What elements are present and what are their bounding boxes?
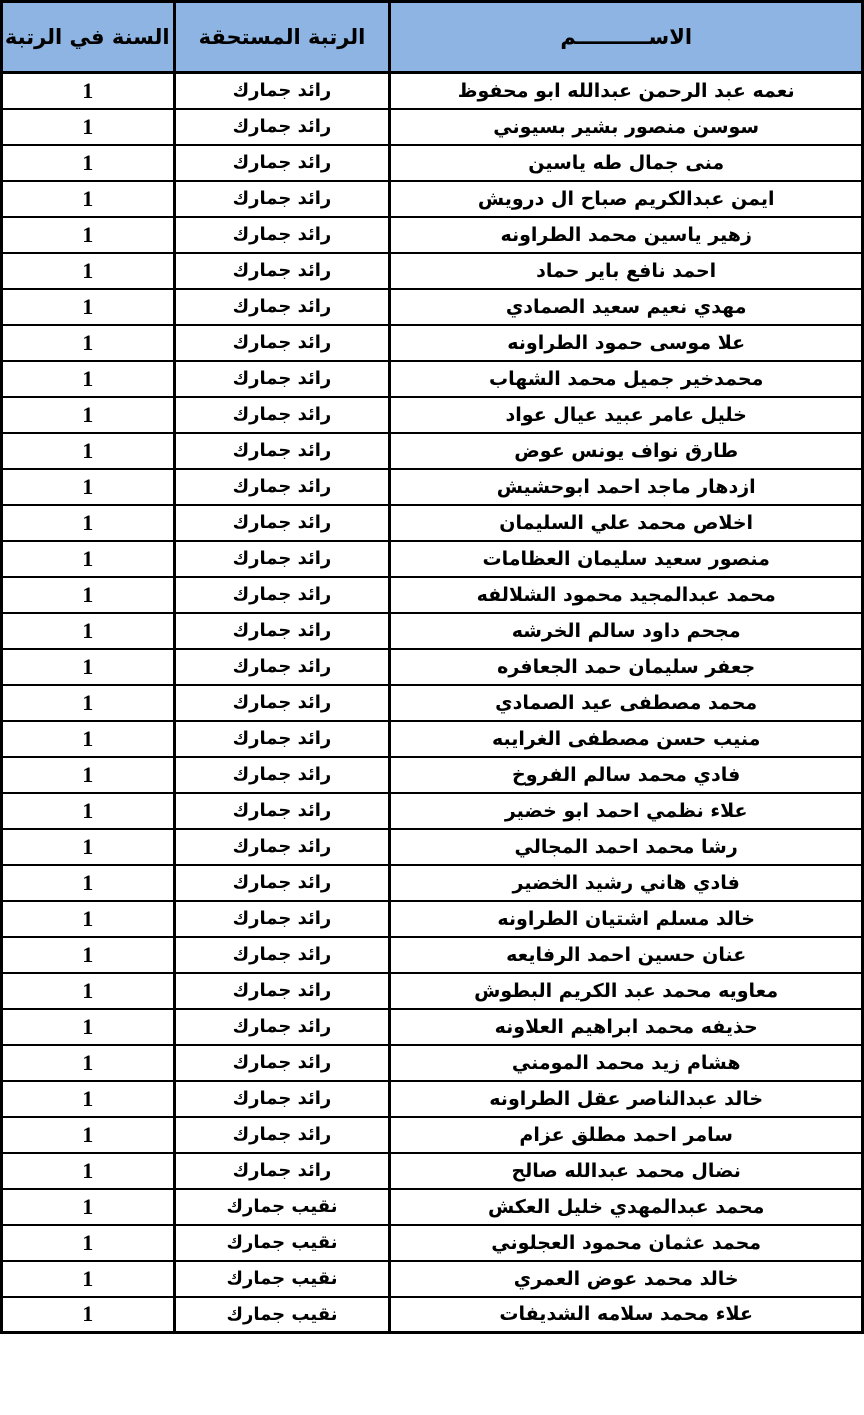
rank-cell: رائد جمارك [174, 1009, 390, 1045]
name-cell: عنان حسين احمد الرفايعه [390, 937, 863, 973]
spreadsheet-page: الاســــــــــم الرتبة المستحقة السنة في… [0, 0, 864, 1346]
table-row: اخلاص محمد علي السليمانرائد جمارك1 [2, 505, 863, 541]
table-row: نضال محمد عبدالله صالحرائد جمارك1 [2, 1153, 863, 1189]
rank-cell: رائد جمارك [174, 253, 390, 289]
rank-cell: رائد جمارك [174, 181, 390, 217]
rank-cell: رائد جمارك [174, 973, 390, 1009]
name-cell: منى جمال طه ياسين [390, 145, 863, 181]
rank-cell: رائد جمارك [174, 289, 390, 325]
name-cell: محمدخير جميل محمد الشهاب [390, 361, 863, 397]
name-cell: خالد عبدالناصر عقل الطراونه [390, 1081, 863, 1117]
name-cell: محمد مصطفى عيد الصمادي [390, 685, 863, 721]
year-cell: 1 [2, 757, 175, 793]
year-cell: 1 [2, 181, 175, 217]
table-row: فادي هاني رشيد الخضيررائد جمارك1 [2, 865, 863, 901]
year-cell: 1 [2, 109, 175, 145]
table-row: هشام زيد محمد المومنيرائد جمارك1 [2, 1045, 863, 1081]
name-cell: مهدي نعيم سعيد الصمادي [390, 289, 863, 325]
table-row: علا موسى حمود الطراونهرائد جمارك1 [2, 325, 863, 361]
table-body: نعمه عبد الرحمن عبدالله ابو محفوظرائد جم… [2, 73, 863, 1333]
name-cell: ايمن عبدالكريم صباح ال درويش [390, 181, 863, 217]
year-cell: 1 [2, 73, 175, 109]
name-cell: احمد نافع باير حماد [390, 253, 863, 289]
year-cell: 1 [2, 649, 175, 685]
rank-cell: رائد جمارك [174, 1045, 390, 1081]
name-cell: نضال محمد عبدالله صالح [390, 1153, 863, 1189]
name-cell: سوسن منصور بشير بسيوني [390, 109, 863, 145]
table-row: علاء نظمي احمد ابو خضيررائد جمارك1 [2, 793, 863, 829]
name-cell: مجحم داود سالم الخرشه [390, 613, 863, 649]
table-row: محمدخير جميل محمد الشهابرائد جمارك1 [2, 361, 863, 397]
table-row: محمد عبدالمهدي خليل العكشنقيب جمارك1 [2, 1189, 863, 1225]
table-row: عنان حسين احمد الرفايعهرائد جمارك1 [2, 937, 863, 973]
rank-cell: رائد جمارك [174, 73, 390, 109]
rank-cell: رائد جمارك [174, 217, 390, 253]
table-row: رشا محمد احمد المجاليرائد جمارك1 [2, 829, 863, 865]
rank-cell: رائد جمارك [174, 469, 390, 505]
rank-cell: رائد جمارك [174, 721, 390, 757]
table-row: جعفر سليمان حمد الجعافرهرائد جمارك1 [2, 649, 863, 685]
year-cell: 1 [2, 397, 175, 433]
name-cell: جعفر سليمان حمد الجعافره [390, 649, 863, 685]
name-cell: علاء محمد سلامه الشديفات [390, 1297, 863, 1333]
rank-cell: رائد جمارك [174, 541, 390, 577]
table-row: معاويه محمد عبد الكريم البطوشرائد جمارك1 [2, 973, 863, 1009]
table-row: سامر احمد مطلق عزامرائد جمارك1 [2, 1117, 863, 1153]
rank-cell: نقيب جمارك [174, 1297, 390, 1333]
rank-cell: رائد جمارك [174, 757, 390, 793]
rank-cell: رائد جمارك [174, 361, 390, 397]
year-cell: 1 [2, 1045, 175, 1081]
table-row: علاء محمد سلامه الشديفاتنقيب جمارك1 [2, 1297, 863, 1333]
table-row: منصور سعيد سليمان العظاماترائد جمارك1 [2, 541, 863, 577]
table-row: ازدهار ماجد احمد ابوحشيشرائد جمارك1 [2, 469, 863, 505]
rank-cell: رائد جمارك [174, 793, 390, 829]
name-cell: فادي هاني رشيد الخضير [390, 865, 863, 901]
year-cell: 1 [2, 1225, 175, 1261]
year-cell: 1 [2, 1297, 175, 1333]
table-row: احمد نافع باير حمادرائد جمارك1 [2, 253, 863, 289]
table-row: محمد مصطفى عيد الصماديرائد جمارك1 [2, 685, 863, 721]
name-cell: فادي محمد سالم الفروخ [390, 757, 863, 793]
year-cell: 1 [2, 541, 175, 577]
table-row: ايمن عبدالكريم صباح ال درويشرائد جمارك1 [2, 181, 863, 217]
year-cell: 1 [2, 469, 175, 505]
table-row: طارق نواف يونس عوضرائد جمارك1 [2, 433, 863, 469]
rank-cell: رائد جمارك [174, 649, 390, 685]
rank-cell: رائد جمارك [174, 829, 390, 865]
name-cell: حذيفه محمد ابراهيم العلاونه [390, 1009, 863, 1045]
name-cell: سامر احمد مطلق عزام [390, 1117, 863, 1153]
header-row: الاســــــــــم الرتبة المستحقة السنة في… [2, 2, 863, 73]
name-cell: رشا محمد احمد المجالي [390, 829, 863, 865]
name-cell: منيب حسن مصطفى الغرايبه [390, 721, 863, 757]
year-cell: 1 [2, 721, 175, 757]
rank-cell: نقيب جمارك [174, 1225, 390, 1261]
name-cell: خليل عامر عبيد عيال عواد [390, 397, 863, 433]
year-cell: 1 [2, 325, 175, 361]
bottom-margin [0, 1334, 864, 1346]
rank-cell: رائد جمارك [174, 325, 390, 361]
rank-cell: نقيب جمارك [174, 1189, 390, 1225]
name-cell: محمد عبدالمهدي خليل العكش [390, 1189, 863, 1225]
table-row: محمد عبدالمجيد محمود الشلالفهرائد جمارك1 [2, 577, 863, 613]
rank-cell: رائد جمارك [174, 613, 390, 649]
table-row: خالد مسلم اشتيان الطراونهرائد جمارك1 [2, 901, 863, 937]
year-cell: 1 [2, 685, 175, 721]
name-cell: علاء نظمي احمد ابو خضير [390, 793, 863, 829]
year-cell: 1 [2, 1153, 175, 1189]
rank-cell: رائد جمارك [174, 865, 390, 901]
name-cell: علا موسى حمود الطراونه [390, 325, 863, 361]
name-cell: ازدهار ماجد احمد ابوحشيش [390, 469, 863, 505]
table-row: منى جمال طه ياسينرائد جمارك1 [2, 145, 863, 181]
table-row: فادي محمد سالم الفروخرائد جمارك1 [2, 757, 863, 793]
year-cell: 1 [2, 145, 175, 181]
year-cell: 1 [2, 253, 175, 289]
table-row: محمد عثمان محمود العجلونينقيب جمارك1 [2, 1225, 863, 1261]
rank-cell: رائد جمارك [174, 1081, 390, 1117]
year-cell: 1 [2, 289, 175, 325]
year-cell: 1 [2, 505, 175, 541]
table-row: زهير ياسين محمد الطراونهرائد جمارك1 [2, 217, 863, 253]
rank-cell: رائد جمارك [174, 1153, 390, 1189]
year-cell: 1 [2, 829, 175, 865]
name-cell: خالد محمد عوض العمري [390, 1261, 863, 1297]
name-cell: محمد عبدالمجيد محمود الشلالفه [390, 577, 863, 613]
promotion-table: الاســــــــــم الرتبة المستحقة السنة في… [0, 0, 864, 1334]
name-cell: اخلاص محمد علي السليمان [390, 505, 863, 541]
table-row: خالد محمد عوض العمرينقيب جمارك1 [2, 1261, 863, 1297]
rank-cell: رائد جمارك [174, 577, 390, 613]
rank-cell: نقيب جمارك [174, 1261, 390, 1297]
header-year: السنة في الرتبة [2, 2, 175, 73]
rank-cell: رائد جمارك [174, 1117, 390, 1153]
year-cell: 1 [2, 1117, 175, 1153]
name-cell: طارق نواف يونس عوض [390, 433, 863, 469]
year-cell: 1 [2, 793, 175, 829]
rank-cell: رائد جمارك [174, 397, 390, 433]
name-cell: منصور سعيد سليمان العظامات [390, 541, 863, 577]
year-cell: 1 [2, 433, 175, 469]
name-cell: نعمه عبد الرحمن عبدالله ابو محفوظ [390, 73, 863, 109]
table-row: مجحم داود سالم الخرشهرائد جمارك1 [2, 613, 863, 649]
rank-cell: رائد جمارك [174, 505, 390, 541]
year-cell: 1 [2, 865, 175, 901]
year-cell: 1 [2, 1081, 175, 1117]
year-cell: 1 [2, 1189, 175, 1225]
table-row: نعمه عبد الرحمن عبدالله ابو محفوظرائد جم… [2, 73, 863, 109]
header-rank: الرتبة المستحقة [174, 2, 390, 73]
rank-cell: رائد جمارك [174, 433, 390, 469]
year-cell: 1 [2, 361, 175, 397]
table-row: سوسن منصور بشير بسيونيرائد جمارك1 [2, 109, 863, 145]
rank-cell: رائد جمارك [174, 901, 390, 937]
rank-cell: رائد جمارك [174, 109, 390, 145]
table-row: مهدي نعيم سعيد الصماديرائد جمارك1 [2, 289, 863, 325]
name-cell: معاويه محمد عبد الكريم البطوش [390, 973, 863, 1009]
year-cell: 1 [2, 577, 175, 613]
year-cell: 1 [2, 1261, 175, 1297]
name-cell: زهير ياسين محمد الطراونه [390, 217, 863, 253]
year-cell: 1 [2, 937, 175, 973]
rank-cell: رائد جمارك [174, 145, 390, 181]
table-row: حذيفه محمد ابراهيم العلاونهرائد جمارك1 [2, 1009, 863, 1045]
year-cell: 1 [2, 217, 175, 253]
year-cell: 1 [2, 613, 175, 649]
name-cell: محمد عثمان محمود العجلوني [390, 1225, 863, 1261]
rank-cell: رائد جمارك [174, 937, 390, 973]
name-cell: هشام زيد محمد المومني [390, 1045, 863, 1081]
year-cell: 1 [2, 973, 175, 1009]
year-cell: 1 [2, 1009, 175, 1045]
table-row: خليل عامر عبيد عيال عوادرائد جمارك1 [2, 397, 863, 433]
table-row: منيب حسن مصطفى الغرايبهرائد جمارك1 [2, 721, 863, 757]
header-name: الاســــــــــم [390, 2, 863, 73]
name-cell: خالد مسلم اشتيان الطراونه [390, 901, 863, 937]
table-row: خالد عبدالناصر عقل الطراونهرائد جمارك1 [2, 1081, 863, 1117]
rank-cell: رائد جمارك [174, 685, 390, 721]
year-cell: 1 [2, 901, 175, 937]
